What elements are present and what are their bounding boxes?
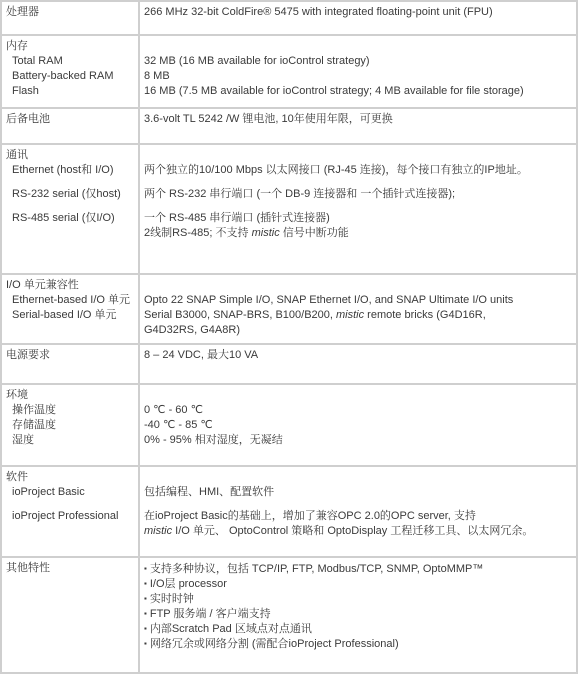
- value-rs232: 两个 RS-232 串行端口 (一个 DB-9 连接器和 一个插针式连接器);: [144, 187, 572, 202]
- value-cell: Opto 22 SNAP Simple I/O, SNAP Ethernet I…: [139, 274, 577, 344]
- value-humidity: 0% - 95% 相对湿度，无凝结: [144, 433, 572, 448]
- spec-row-power: 电源要求 8 – 24 VDC, 最大10 VA: [1, 344, 577, 384]
- value-ethernet: 两个独立的10/100 Mbps 以太网接口 (RJ-45 连接)，每个接口有独…: [144, 163, 572, 178]
- label-total-ram: Total RAM: [6, 54, 134, 69]
- category-power: 电源要求: [6, 348, 134, 363]
- category-label: 通讯 Ethernet (host和 I/O) RS-232 serial (仅…: [1, 144, 139, 274]
- category-processor: 处理器: [6, 5, 134, 20]
- category-label: 后备电池: [1, 108, 139, 144]
- feature-item: FTP 服务端 / 客户端支持: [144, 606, 572, 621]
- spec-row-software: 软件 ioProject Basic ioProject Professiona…: [1, 466, 577, 557]
- feature-item: 实时时钟: [144, 591, 572, 606]
- label-flash: Flash: [6, 84, 134, 99]
- feature-item: I/O层 processor: [144, 576, 572, 591]
- value-total-ram: 32 MB (16 MB available for ioControl str…: [144, 54, 572, 69]
- category-communication: 通讯: [6, 148, 134, 163]
- category-label: 内存 Total RAM Battery-backed RAM Flash: [1, 35, 139, 108]
- value-cell: 266 MHz 32-bit ColdFire® 5475 with integ…: [139, 1, 577, 35]
- feature-item: 网络冗余或网络分割 (需配合ioProject Professional): [144, 636, 572, 651]
- value-cell: 0 ℃ - 60 ℃ -40 ℃ - 85 ℃ 0% - 95% 相对湿度，无凝…: [139, 384, 577, 466]
- category-io-compat: I/O 单元兼容性: [6, 278, 134, 293]
- value-serial-io: Serial B3000, SNAP-BRS, B100/B200, misti…: [144, 308, 504, 338]
- category-label: 环境 操作温度 存储温度 湿度: [1, 384, 139, 466]
- value-ioproject-pro-cont: mistic I/O 单元、 OptoControl 策略和 OptoDispl…: [144, 524, 572, 539]
- category-software: 软件: [6, 470, 134, 485]
- label-rs485: RS-485 serial (仅I/O): [6, 211, 134, 226]
- label-ioproject-pro: ioProject Professional: [6, 509, 134, 524]
- value-cell: 32 MB (16 MB available for ioControl str…: [139, 35, 577, 108]
- spec-row-environment: 环境 操作温度 存储温度 湿度 0 ℃ - 60 ℃ -40 ℃ - 85 ℃ …: [1, 384, 577, 466]
- spec-row-communication: 通讯 Ethernet (host和 I/O) RS-232 serial (仅…: [1, 144, 577, 274]
- label-humidity: 湿度: [6, 433, 134, 448]
- battery-value: 3.6-volt TL 5242 /W 锂电池, 10年使用年限，可更换: [144, 112, 572, 127]
- spec-row-battery: 后备电池 3.6-volt TL 5242 /W 锂电池, 10年使用年限，可更…: [1, 108, 577, 144]
- label-serial-io: Serial-based I/O 单元: [6, 308, 134, 323]
- category-other-features: 其他特性: [6, 561, 134, 576]
- value-rs485-note: 2线制RS-485; 不支持 mistic 信号中断功能: [144, 226, 572, 241]
- category-environment: 环境: [6, 388, 134, 403]
- category-battery: 后备电池: [6, 112, 134, 127]
- value-rs485: 一个 RS-485 串行端口 (插针式连接器): [144, 211, 572, 226]
- value-cell: 8 – 24 VDC, 最大10 VA: [139, 344, 577, 384]
- label-ethernet: Ethernet (host和 I/O): [6, 163, 134, 178]
- value-cell: 3.6-volt TL 5242 /W 锂电池, 10年使用年限，可更换: [139, 108, 577, 144]
- value-battery-ram: 8 MB: [144, 69, 572, 84]
- feature-item: 支持多种协议，包括 TCP/IP, FTP, Modbus/TCP, SNMP,…: [144, 561, 572, 576]
- processor-value: 266 MHz 32-bit ColdFire® 5475 with integ…: [144, 5, 572, 20]
- value-ethernet-io: Opto 22 SNAP Simple I/O, SNAP Ethernet I…: [144, 293, 572, 308]
- label-rs232: RS-232 serial (仅host): [6, 187, 134, 202]
- category-label: 处理器: [1, 1, 139, 35]
- value-flash: 16 MB (7.5 MB available for ioControl st…: [144, 84, 572, 99]
- value-ioproject-basic: 包括编程、HMI、配置软件: [144, 485, 572, 500]
- power-value: 8 – 24 VDC, 最大10 VA: [144, 348, 572, 363]
- spec-row-other-features: 其他特性 支持多种协议，包括 TCP/IP, FTP, Modbus/TCP, …: [1, 557, 577, 673]
- label-operating-temp: 操作温度: [6, 403, 134, 418]
- spec-row-memory: 内存 Total RAM Battery-backed RAM Flash 32…: [1, 35, 577, 108]
- value-operating-temp: 0 ℃ - 60 ℃: [144, 403, 572, 418]
- category-label: I/O 单元兼容性 Ethernet-based I/O 单元 Serial-b…: [1, 274, 139, 344]
- label-ethernet-io: Ethernet-based I/O 单元: [6, 293, 134, 308]
- value-cell: 支持多种协议，包括 TCP/IP, FTP, Modbus/TCP, SNMP,…: [139, 557, 577, 673]
- category-label: 其他特性: [1, 557, 139, 673]
- category-label: 电源要求: [1, 344, 139, 384]
- spec-table: 处理器 266 MHz 32-bit ColdFire® 5475 with i…: [0, 0, 578, 674]
- value-ioproject-pro: 在ioProject Basic的基础上，增加了兼容OPC 2.0的OPC se…: [144, 509, 572, 524]
- spec-row-processor: 处理器 266 MHz 32-bit ColdFire® 5475 with i…: [1, 1, 577, 35]
- label-ioproject-basic: ioProject Basic: [6, 485, 134, 500]
- label-storage-temp: 存储温度: [6, 418, 134, 433]
- category-memory: 内存: [6, 39, 134, 54]
- label-battery-ram: Battery-backed RAM: [6, 69, 134, 84]
- spec-row-io-compat: I/O 单元兼容性 Ethernet-based I/O 单元 Serial-b…: [1, 274, 577, 344]
- category-label: 软件 ioProject Basic ioProject Professiona…: [1, 466, 139, 557]
- feature-item: 内部Scratch Pad 区域点对点通讯: [144, 621, 572, 636]
- value-storage-temp: -40 ℃ - 85 ℃: [144, 418, 572, 433]
- value-cell: 包括编程、HMI、配置软件 在ioProject Basic的基础上，增加了兼容…: [139, 466, 577, 557]
- value-cell: 两个独立的10/100 Mbps 以太网接口 (RJ-45 连接)，每个接口有独…: [139, 144, 577, 274]
